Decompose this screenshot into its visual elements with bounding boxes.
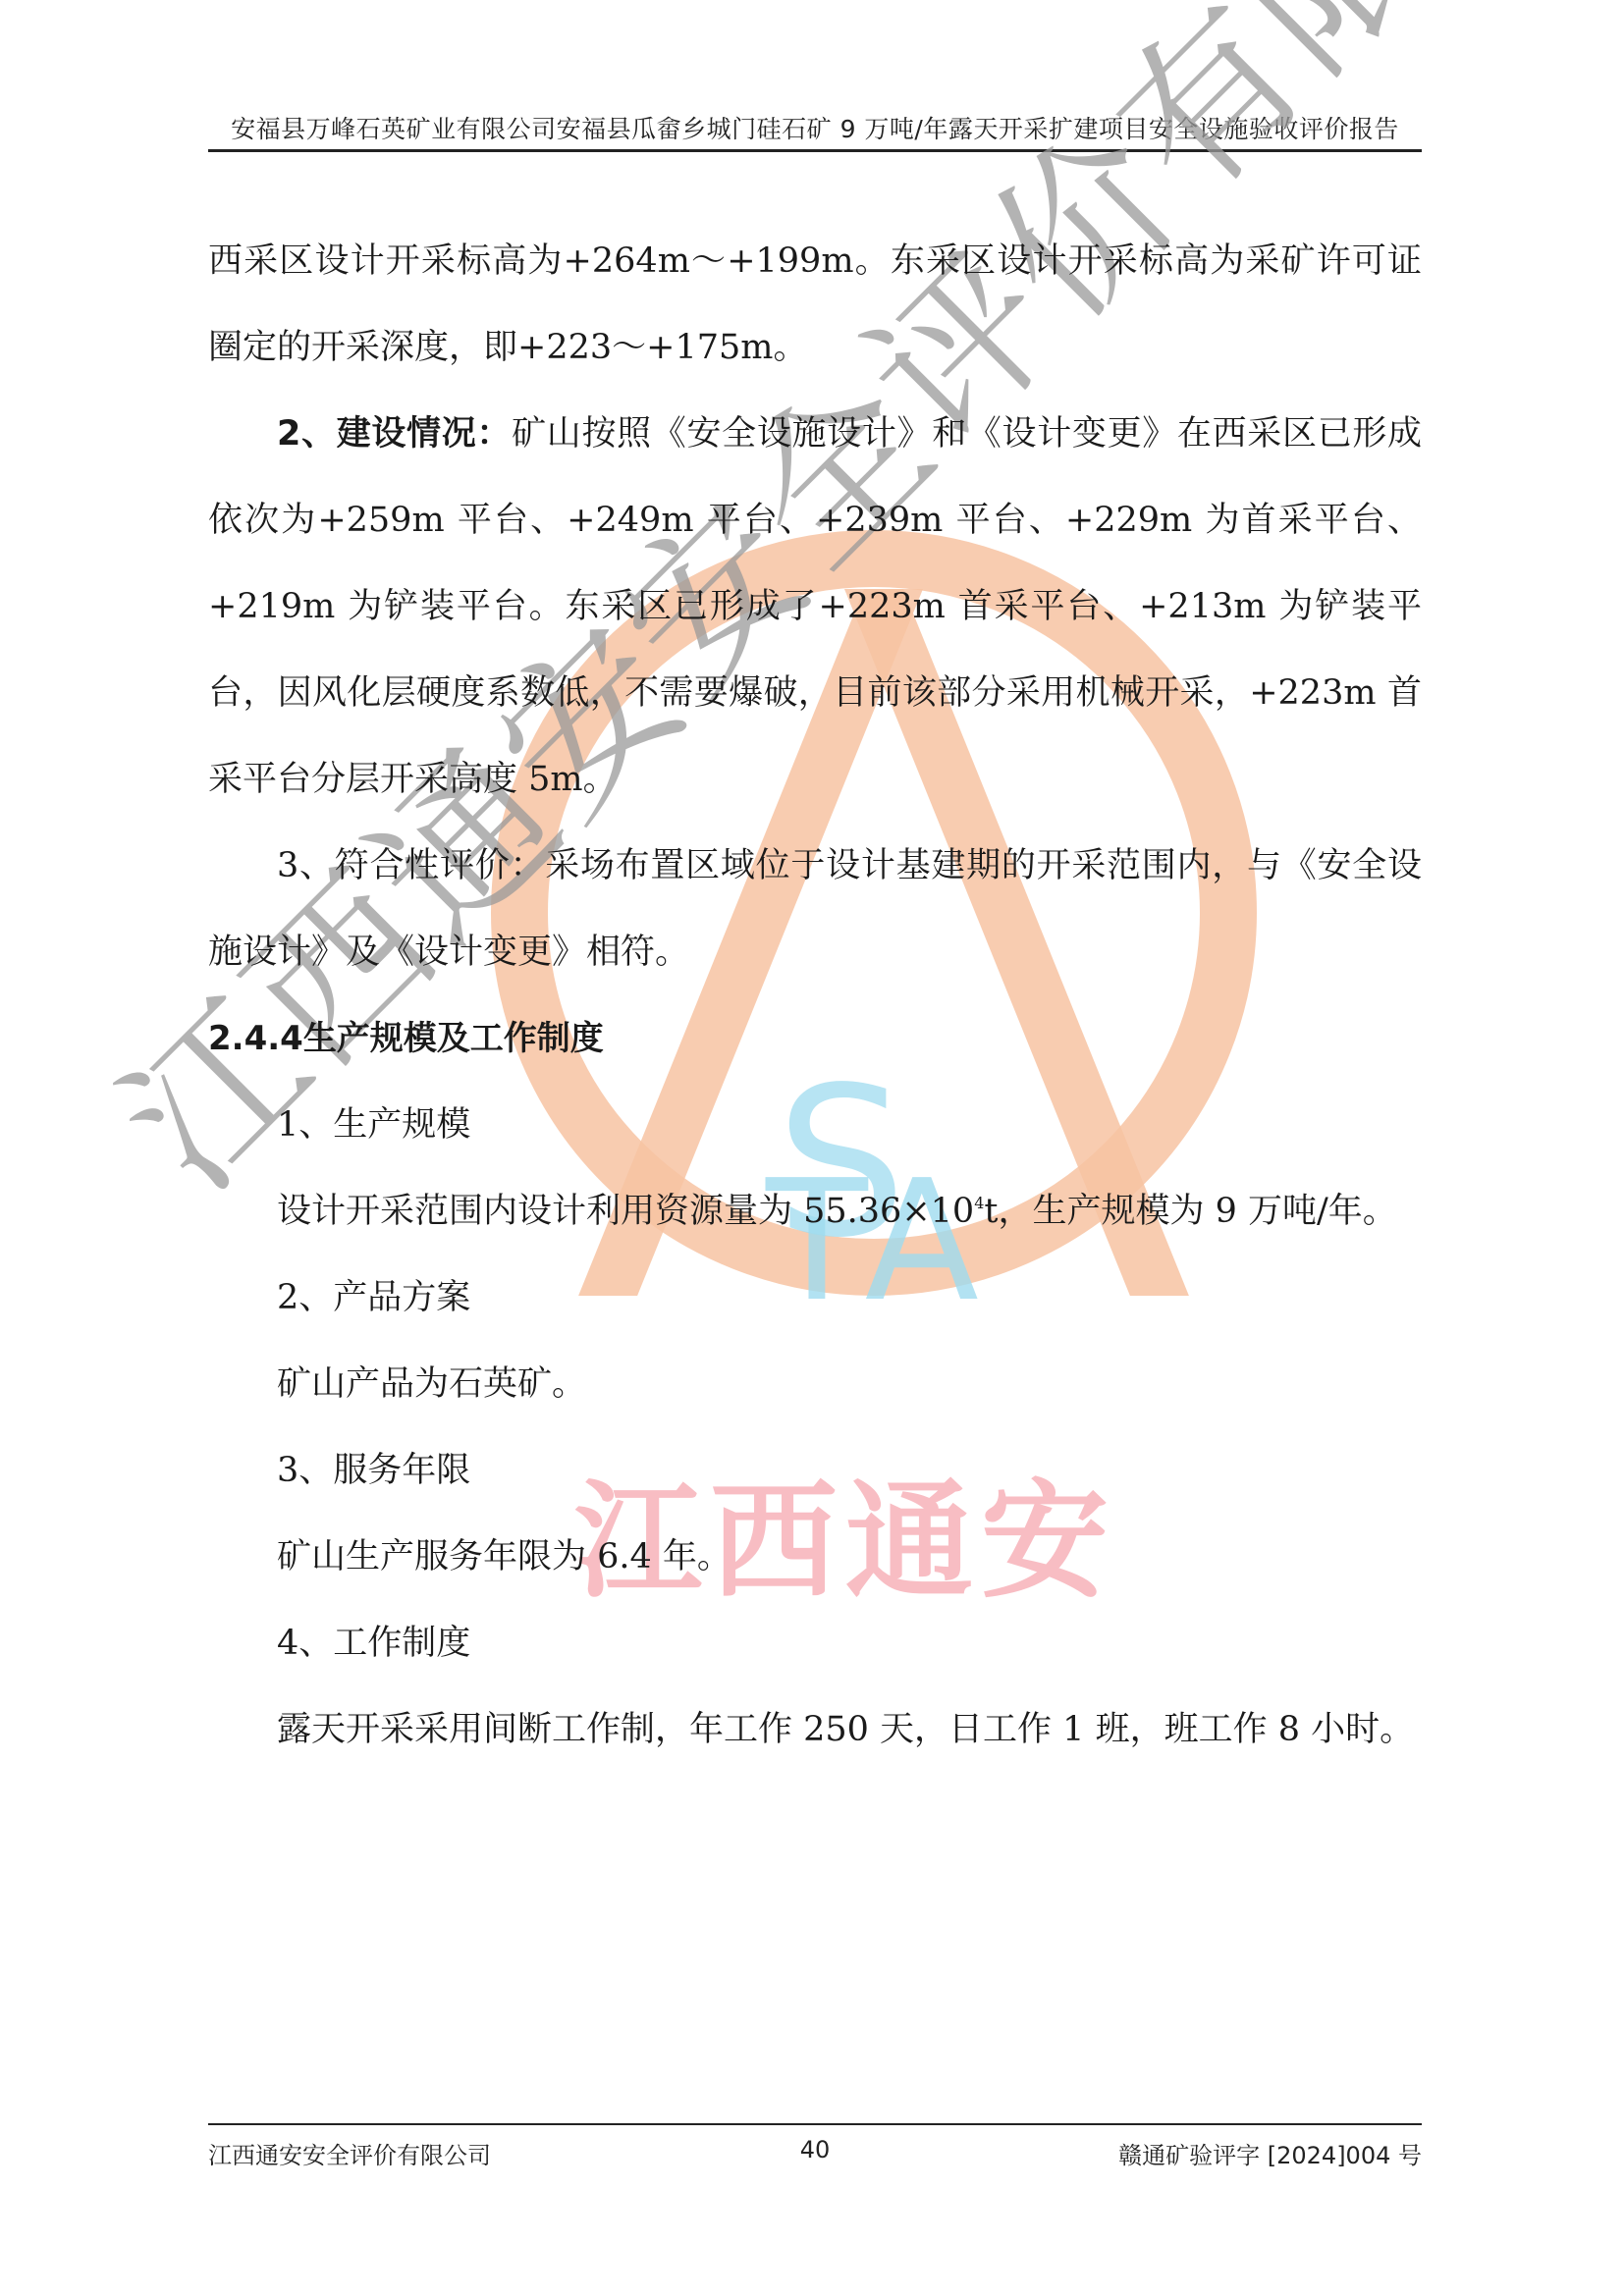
header-divider xyxy=(208,149,1422,152)
item-text-work-system: 露天开采采用间断工作制，年工作 250 天，日工作 1 班，班工作 8 小时。 xyxy=(208,1686,1422,1773)
footer-divider xyxy=(208,2123,1422,2125)
exponent: 4 xyxy=(974,1194,984,1212)
document-body: 西采区设计开采标高为+264m～+199m。东采区设计开采标高为采矿许可证圈定的… xyxy=(208,218,1422,1773)
paragraph-lead-construction: 2、建设情况： xyxy=(277,414,512,454)
item-heading-work-system: 4、工作制度 xyxy=(208,1600,1422,1686)
running-footer: 江西通安安全评价有限公司 40 赣通矿验评字 [2024]004 号 xyxy=(208,2136,1422,2171)
footer-doc-number: 赣通矿验评字 [2024]004 号 xyxy=(1118,2136,1422,2170)
section-title: 生产规模及工作制度 xyxy=(303,1019,604,1058)
section-number: 2.4.4 xyxy=(208,1019,303,1058)
item-heading-service-life: 3、服务年限 xyxy=(208,1427,1422,1514)
document-page: 安福县万峰石英矿业有限公司安福县瓜畲乡城门硅石矿 9 万吨/年露天开采扩建项目安… xyxy=(0,0,1624,2296)
item-heading-production-scale: 1、生产规模 xyxy=(208,1082,1422,1168)
paragraph-construction: 2、建设情况：矿山按照《安全设施设计》和《设计变更》在西采区已形成依次为+259… xyxy=(208,391,1422,823)
item-text-product-plan: 矿山产品为石英矿。 xyxy=(208,1341,1422,1427)
item-heading-product-plan: 2、产品方案 xyxy=(208,1255,1422,1341)
paragraph-elevation: 西采区设计开采标高为+264m～+199m。东采区设计开采标高为采矿许可证圈定的… xyxy=(208,218,1422,391)
item-text-service-life: 矿山生产服务年限为 6.4 年。 xyxy=(208,1514,1422,1600)
section-heading: 2.4.4生产规模及工作制度 xyxy=(208,995,1422,1082)
item-text-production-scale: 设计开采范围内设计利用资源量为 55.36×104t，生产规模为 9 万吨/年。 xyxy=(208,1168,1422,1255)
running-header: 安福县万峰石英矿业有限公司安福县瓜畲乡城门硅石矿 9 万吨/年露天开采扩建项目安… xyxy=(208,110,1422,145)
paragraph-text-construction: 矿山按照《安全设施设计》和《设计变更》在西采区已形成依次为+259m 平台、+2… xyxy=(208,414,1422,799)
resource-amount-text: 设计开采范围内设计利用资源量为 55.36×10 xyxy=(277,1192,974,1231)
production-scale-text: t，生产规模为 9 万吨/年。 xyxy=(984,1192,1396,1231)
paragraph-compliance: 3、符合性评价：采场布置区域位于设计基建期的开采范围内，与《安全设施设计》及《设… xyxy=(208,823,1422,995)
